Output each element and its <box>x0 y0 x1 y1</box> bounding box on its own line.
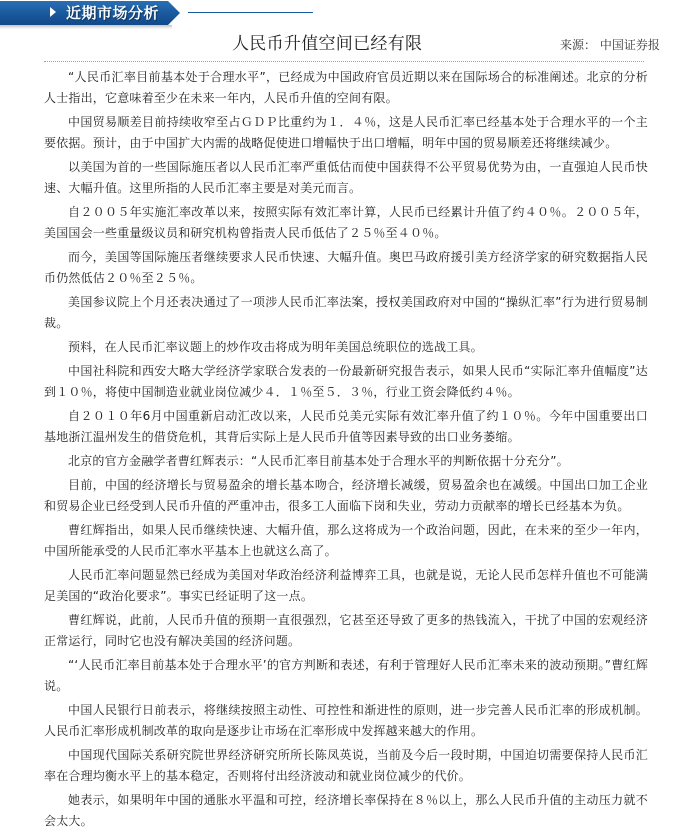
title-divider <box>44 61 644 62</box>
section-tab-shadow <box>0 25 172 29</box>
paragraph: 她表示，如果明年中国的通胀水平温和可控，经济增长率保持在８％以上，那么人民币升值… <box>44 790 648 832</box>
section-tab: 近期市场分析 <box>0 1 180 25</box>
paragraph: 中国社科院和西安大略大学经济学家联合发表的一份最新研究报告表示，如果人民币“实际… <box>44 361 648 403</box>
article-source: 来源： 中国证券报 <box>560 36 660 54</box>
paragraph: 而今，美国等国际施压者继续要求人民币快速、大幅升值。奥巴马政府援引美方经济学家的… <box>44 247 648 289</box>
paragraph: 自２００５年实施汇率改革以来，按照实际有效汇率计算，人民币已经累计升值了约４０％… <box>44 202 648 244</box>
paragraph: 中国现代国际关系研究院世界经济研究所所长陈凤英说，当前及今后一段时期，中国迫切需… <box>44 745 648 787</box>
paragraph: 中国贸易顺差目前持续收窄至占ＧＤＰ比重约为１．４％，这是人民币汇率已经基本处于合… <box>44 112 648 154</box>
paragraph: 曹红辉指出，如果人民币继续快速、大幅升值，那么这将成为一个政治问题，因此，在未来… <box>44 520 648 562</box>
paragraph: “‘人民币汇率目前基本处于合理水平’的官方判断和表述，有利于管理好人民币汇率未来… <box>44 655 648 697</box>
paragraph: “人民币汇率目前基本处于合理水平”，已经成为中国政府官员近期以来在国际场合的标准… <box>44 67 648 109</box>
header-rule <box>188 12 313 13</box>
article-body: “人民币汇率目前基本处于合理水平”，已经成为中国政府官员近期以来在国际场合的标准… <box>44 67 648 835</box>
article-header: 人民币升值空间已经有限 来源： 中国证券报 <box>0 33 700 57</box>
paragraph: 中国人民银行日前表示，将继续按照主动性、可控性和渐进性的原则，进一步完善人民币汇… <box>44 700 648 742</box>
paragraph: 以美国为首的一些国际施压者以人民币汇率严重低估而使中国获得不公平贸易优势为由，一… <box>44 157 648 199</box>
paragraph: 预料，在人民币汇率议题上的炒作攻击将成为明年美国总统职位的选战工具。 <box>44 337 648 358</box>
paragraph: 自２０１０年6月中国重新启动汇改以来，人民币兑美元实际有效汇率升值了约１０％。今… <box>44 406 648 448</box>
paragraph: 美国参议院上个月还表决通过了一项涉人民币汇率法案，授权美国政府对中国的“操纵汇率… <box>44 292 648 334</box>
paragraph: 曹红辉说，此前，人民币升值的预期一直很强烈，它甚至还导致了更多的热钱流入，干扰了… <box>44 610 648 652</box>
section-header: 近期市场分析 <box>0 0 700 30</box>
chevron-right-icon <box>50 7 56 17</box>
paragraph: 人民币汇率问题显然已经成为美国对华政治经济利益博弈工具，也就是说，无论人民币怎样… <box>44 565 648 607</box>
paragraph: 北京的官方金融学者曹红辉表示：“人民币汇率目前基本处于合理水平的判断依据十分充分… <box>44 451 648 472</box>
section-title: 近期市场分析 <box>66 3 159 23</box>
article-title: 人民币升值空间已经有限 <box>232 33 422 55</box>
paragraph: 目前，中国的经济增长与贸易盈余的增长基本吻合，经济增长减缓，贸易盈余也在减缓。中… <box>44 475 648 517</box>
